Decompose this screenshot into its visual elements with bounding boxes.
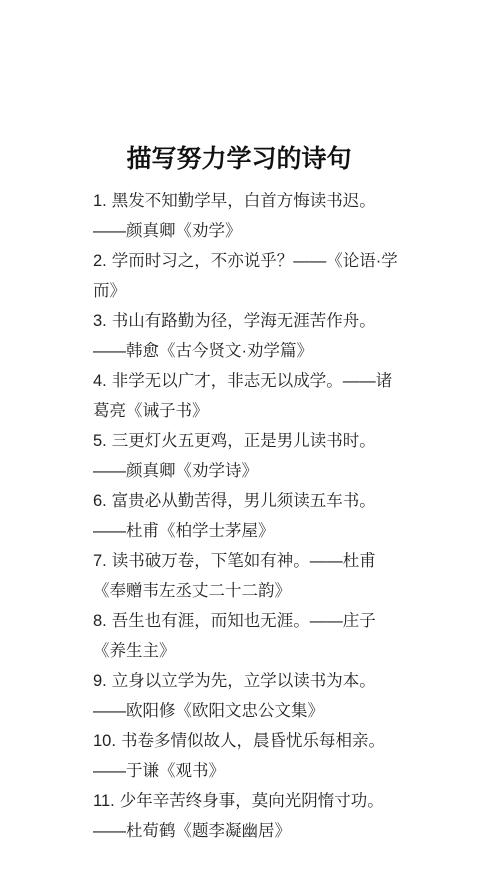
poem-item-text: 书山有路勤为径，学海无涯苦作舟。——韩愈《古今贤文·劝学篇》 — [93, 312, 376, 360]
poem-item: 9.立身以立学为先，立学以读书为本。——欧阳修《欧阳文忠公文集》 — [93, 666, 408, 726]
page-title: 描写努力学习的诗句 — [83, 142, 395, 176]
poem-item: 2.学而时习之，不亦说乎？——《论语·学而》 — [93, 246, 408, 306]
poem-item: 3.书山有路勤为径，学海无涯苦作舟。——韩愈《古今贤文·劝学篇》 — [93, 306, 408, 366]
poem-item-number: 1. — [93, 192, 107, 210]
poem-item-number: 3. — [93, 312, 107, 330]
poem-item-number: 10. — [93, 732, 116, 750]
poem-item: 6.富贵必从勤苦得，男儿须读五车书。——杜甫《柏学士茅屋》 — [93, 486, 408, 546]
poem-item-number: 11. — [93, 792, 115, 810]
poem-item-number: 9. — [93, 672, 107, 690]
poem-item-number: 4. — [93, 372, 107, 390]
poem-item-number: 6. — [93, 492, 107, 510]
poem-item-text: 黑发不知勤学早，白首方悔读书迟。——颜真卿《劝学》 — [93, 192, 376, 240]
poem-item-text: 吾生也有涯，而知也无涯。——庄子《养生主》 — [93, 612, 376, 660]
poem-item-text: 立身以立学为先，立学以读书为本。——欧阳修《欧阳文忠公文集》 — [93, 672, 376, 720]
poem-item-text: 非学无以广才，非志无以成学。——诸葛亮《诫子书》 — [93, 372, 392, 420]
page: 描写努力学习的诗句 1.黑发不知勤学早，白首方悔读书迟。——颜真卿《劝学》2.学… — [0, 0, 500, 875]
poem-item-text: 少年辛苦终身事，莫向光阴惰寸功。——杜荀鹤《题李凝幽居》 — [93, 792, 384, 840]
poem-item-number: 2. — [93, 252, 107, 270]
poem-item-text: 富贵必从勤苦得，男儿须读五车书。——杜甫《柏学士茅屋》 — [93, 492, 376, 540]
poem-item-number: 5. — [93, 432, 107, 450]
poem-item-number: 8. — [93, 612, 107, 630]
poem-item-text: 三更灯火五更鸡，正是男儿读书时。——颜真卿《劝学诗》 — [93, 432, 376, 480]
poem-list: 1.黑发不知勤学早，白首方悔读书迟。——颜真卿《劝学》2.学而时习之，不亦说乎？… — [93, 186, 408, 846]
poem-item-text: 读书破万卷，下笔如有神。——杜甫《奉赠韦左丞丈二十二韵》 — [93, 552, 376, 600]
poem-item-number: 7. — [93, 552, 107, 570]
poem-item-text: 学而时习之，不亦说乎？——《论语·学而》 — [93, 252, 398, 300]
poem-item: 11.少年辛苦终身事，莫向光阴惰寸功。——杜荀鹤《题李凝幽居》 — [93, 786, 408, 846]
poem-item-text: 书卷多情似故人，晨昏忧乐每相亲。——于谦《观书》 — [93, 732, 385, 780]
poem-item: 7.读书破万卷，下笔如有神。——杜甫《奉赠韦左丞丈二十二韵》 — [93, 546, 408, 606]
poem-item: 10.书卷多情似故人，晨昏忧乐每相亲。——于谦《观书》 — [93, 726, 408, 786]
poem-item: 5.三更灯火五更鸡，正是男儿读书时。——颜真卿《劝学诗》 — [93, 426, 408, 486]
poem-item: 8.吾生也有涯，而知也无涯。——庄子《养生主》 — [93, 606, 408, 666]
poem-item: 1.黑发不知勤学早，白首方悔读书迟。——颜真卿《劝学》 — [93, 186, 408, 246]
poem-item: 4.非学无以广才，非志无以成学。——诸葛亮《诫子书》 — [93, 366, 408, 426]
